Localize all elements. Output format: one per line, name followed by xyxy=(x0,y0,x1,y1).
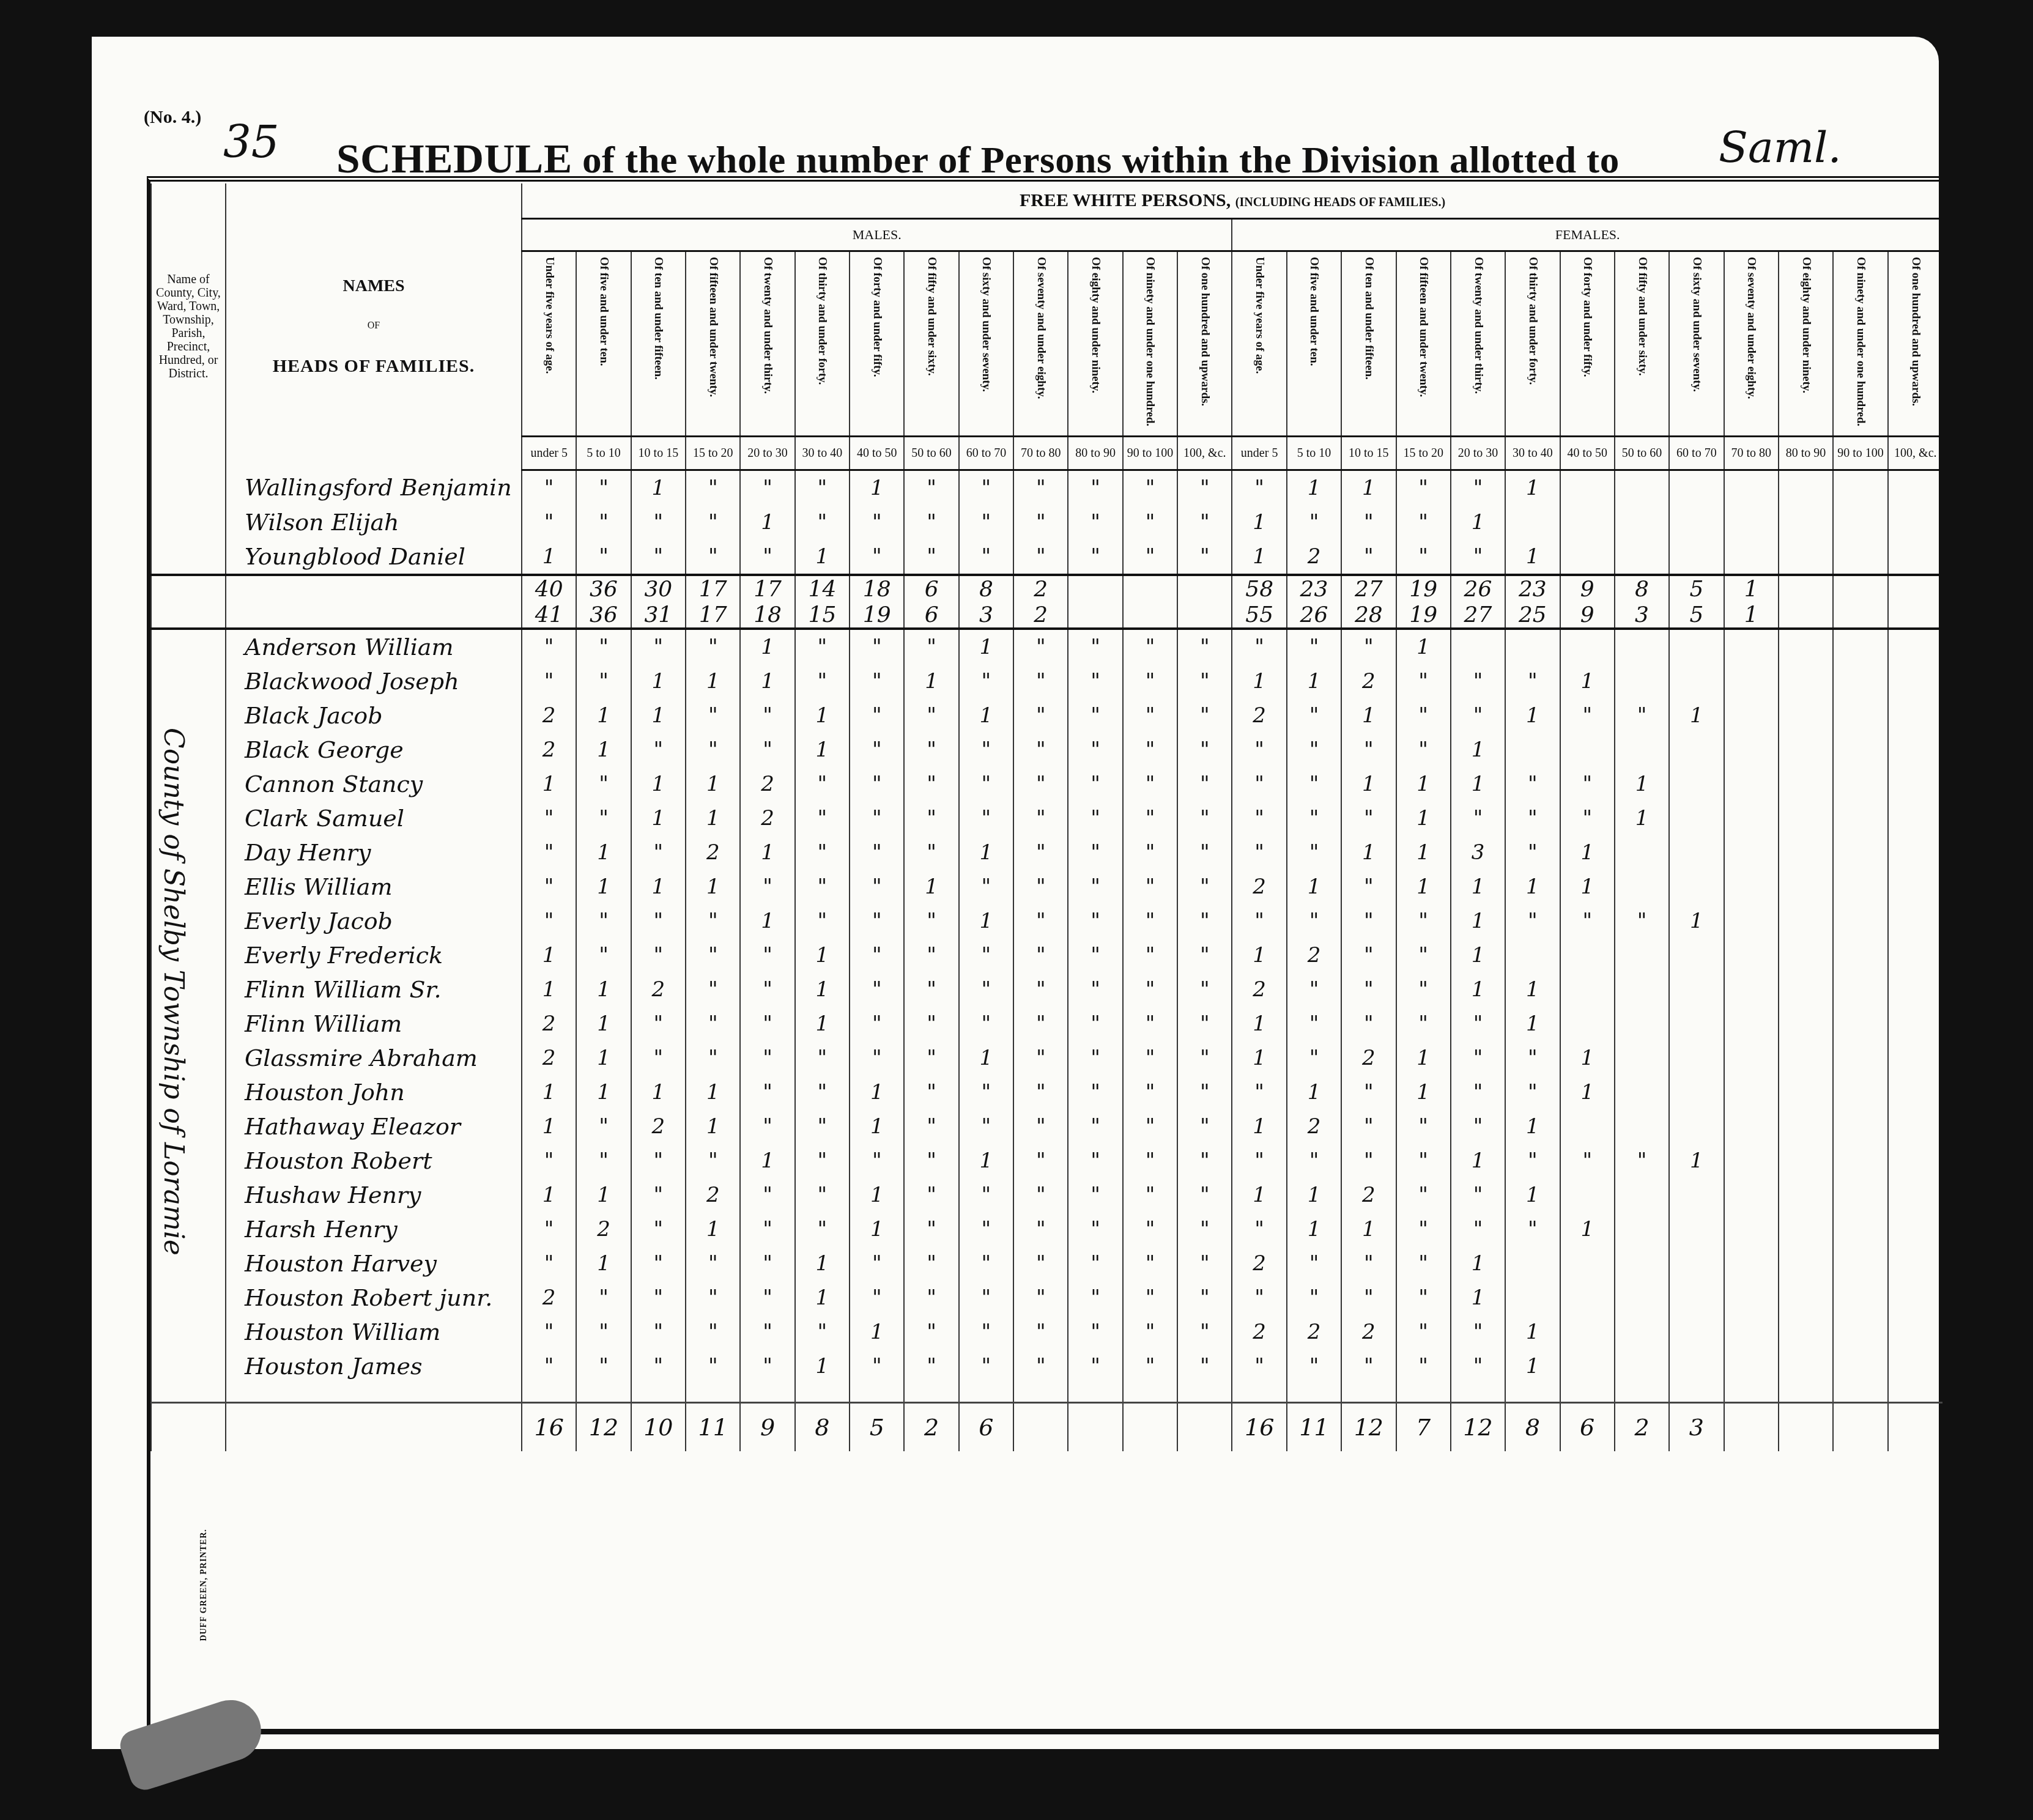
female-count-cell xyxy=(1779,1315,1833,1349)
age-description: Of eighty and under ninety. xyxy=(1089,257,1102,428)
female-count-cell xyxy=(1615,1212,1669,1246)
female-count-cell: " xyxy=(1396,733,1451,767)
female-count-cell xyxy=(1615,733,1669,767)
age-description: Of eighty and under ninety. xyxy=(1800,257,1812,428)
male-count-cell: " xyxy=(904,1144,958,1178)
female-count-cell xyxy=(1779,767,1833,801)
female-count-cell: 1 xyxy=(1505,972,1560,1007)
female-count-cell xyxy=(1833,1212,1887,1246)
female-count-cell xyxy=(1505,1281,1560,1315)
female-count-cell: " xyxy=(1341,505,1396,539)
male-count-cell: " xyxy=(1013,767,1068,801)
table-row: County of Shelby Township of LoramieAnde… xyxy=(151,629,1942,664)
female-count-cell xyxy=(1724,1315,1779,1349)
female-count-cell xyxy=(1560,938,1615,972)
female-count-cell xyxy=(1669,1178,1724,1212)
male-count-cell: " xyxy=(1123,733,1177,767)
male-count-cell: " xyxy=(740,539,794,575)
female-count-cell: 1 xyxy=(1232,1041,1286,1075)
male-count-cell: " xyxy=(959,539,1013,575)
age-description: Of forty and under fifty. xyxy=(871,257,883,428)
female-count-cell: 28 xyxy=(1341,602,1396,629)
male-count-cell: " xyxy=(1068,801,1122,835)
female-count-cell xyxy=(1779,629,1833,664)
female-count-cell: " xyxy=(1287,904,1341,938)
male-count-cell: " xyxy=(904,938,958,972)
age-range-cell: 30 to 40 xyxy=(1505,437,1560,470)
male-count-cell: " xyxy=(686,1041,740,1075)
male-count-cell: " xyxy=(1068,629,1122,664)
male-count-cell: " xyxy=(1177,698,1232,733)
female-count-cell: " xyxy=(1396,972,1451,1007)
age-range-cell: under 5 xyxy=(1232,437,1286,470)
female-count-cell: 9 xyxy=(1560,602,1615,629)
age-description-cell: Of eighty and under ninety. xyxy=(1068,251,1122,437)
female-count-cell: " xyxy=(1396,938,1451,972)
male-count-cell: " xyxy=(631,835,686,870)
male-count-cell: " xyxy=(576,1109,631,1144)
female-count-cell: 1 xyxy=(1669,698,1724,733)
male-count-cell: " xyxy=(576,904,631,938)
female-count-cell xyxy=(1615,1109,1669,1144)
female-count-cell xyxy=(1833,1109,1887,1144)
females-header: FEMALES. xyxy=(1232,219,1942,251)
female-count-cell xyxy=(1888,470,1942,506)
female-count-cell xyxy=(1779,1109,1833,1144)
male-count-cell: " xyxy=(686,1144,740,1178)
age-description-cell: Of forty and under fifty. xyxy=(1560,251,1615,437)
male-count-cell: " xyxy=(686,539,740,575)
age-description-cell: Of thirty and under forty. xyxy=(1505,251,1560,437)
female-count-cell: " xyxy=(1560,801,1615,835)
head-of-family-name: Anderson William xyxy=(226,629,522,664)
female-count-cell: 2 xyxy=(1341,1178,1396,1212)
female-count-cell xyxy=(1724,1281,1779,1315)
female-count-cell: 1 xyxy=(1287,1212,1341,1246)
female-count-cell xyxy=(1724,767,1779,801)
female-count-cell: " xyxy=(1287,629,1341,664)
female-count-cell xyxy=(1888,1315,1942,1349)
male-count-cell: " xyxy=(1123,505,1177,539)
male-count-cell: " xyxy=(1068,1281,1122,1315)
count-cell xyxy=(795,1383,850,1403)
age-description-cell: Of sixty and under seventy. xyxy=(959,251,1013,437)
female-count-cell: 19 xyxy=(1396,575,1451,602)
female-count-cell: " xyxy=(1560,1144,1615,1178)
male-count-cell: " xyxy=(740,1075,794,1109)
male-count-cell: 1 xyxy=(522,767,576,801)
male-count-cell: 1 xyxy=(740,629,794,664)
female-count-cell: " xyxy=(1287,1007,1341,1041)
female-total-cell: 3 xyxy=(1669,1403,1724,1452)
female-count-cell: 1 xyxy=(1451,733,1505,767)
male-count-cell: " xyxy=(1013,972,1068,1007)
table-row: Everly Frederick1""""1"""""""12""1 xyxy=(151,938,1942,972)
female-count-cell xyxy=(1560,1007,1615,1041)
female-count-cell: " xyxy=(1232,904,1286,938)
male-total-cell: 2 xyxy=(904,1403,958,1452)
male-count-cell: " xyxy=(1123,1041,1177,1075)
male-count-cell: " xyxy=(576,938,631,972)
male-count-cell xyxy=(1068,602,1122,629)
male-count-cell: 17 xyxy=(740,575,794,602)
age-description-cell: Of one hundred and upwards. xyxy=(1888,251,1942,437)
age-description: Of forty and under fifty. xyxy=(1581,257,1593,428)
male-count-cell: " xyxy=(850,938,904,972)
male-count-cell: " xyxy=(522,664,576,698)
male-count-cell: 1 xyxy=(795,1281,850,1315)
female-count-cell xyxy=(1779,1246,1833,1281)
male-count-cell: " xyxy=(1068,664,1122,698)
male-count-cell: " xyxy=(1068,1349,1122,1383)
female-count-cell: 27 xyxy=(1341,575,1396,602)
male-count-cell: " xyxy=(1068,733,1122,767)
count-cell xyxy=(1287,1383,1341,1403)
female-count-cell xyxy=(1779,470,1833,506)
male-count-cell: " xyxy=(1068,938,1122,972)
male-count-cell: " xyxy=(1013,1007,1068,1041)
male-count-cell: " xyxy=(1177,1144,1232,1178)
female-count-cell: " xyxy=(1505,801,1560,835)
male-count-cell: " xyxy=(686,1349,740,1383)
female-count-cell xyxy=(1779,733,1833,767)
female-count-cell: " xyxy=(1341,1144,1396,1178)
table-row: Glassmire Abraham21""""""1""""1"21""1 xyxy=(151,1041,1942,1075)
male-count-cell: " xyxy=(576,1144,631,1178)
male-count-cell: " xyxy=(686,1281,740,1315)
female-count-cell: " xyxy=(1341,733,1396,767)
male-count-cell: " xyxy=(576,539,631,575)
male-count-cell: " xyxy=(795,1075,850,1109)
female-count-cell: " xyxy=(1451,1178,1505,1212)
male-count-cell: " xyxy=(904,1281,958,1315)
age-description-cell: Under five years of age. xyxy=(522,251,576,437)
male-count-cell: 1 xyxy=(686,1075,740,1109)
male-count-cell: " xyxy=(795,664,850,698)
table-row: Houston William""""""1""""""222""1 xyxy=(151,1315,1942,1349)
female-count-cell: 1 xyxy=(1505,1349,1560,1383)
female-count-cell xyxy=(1833,1041,1887,1075)
male-count-cell: " xyxy=(1177,1075,1232,1109)
page-total-row: 16121011985261611127128623 xyxy=(151,1403,1942,1452)
age-range-cell: 80 to 90 xyxy=(1779,437,1833,470)
female-count-cell xyxy=(1833,1075,1887,1109)
age-range-cell: 70 to 80 xyxy=(1724,437,1779,470)
male-count-cell: " xyxy=(631,1281,686,1315)
male-count-cell: " xyxy=(522,904,576,938)
male-count-cell: 31 xyxy=(631,602,686,629)
names-header: NAMES OF HEADS OF FAMILIES. xyxy=(226,183,522,470)
age-range-cell: 60 to 70 xyxy=(959,437,1013,470)
male-count-cell: " xyxy=(631,733,686,767)
male-count-cell: " xyxy=(1068,1075,1122,1109)
male-count-cell: " xyxy=(1177,835,1232,870)
female-count-cell xyxy=(1724,1144,1779,1178)
female-count-cell: 1 xyxy=(1451,972,1505,1007)
male-count-cell: 36 xyxy=(576,575,631,602)
male-count-cell: " xyxy=(904,629,958,664)
female-count-cell xyxy=(1505,629,1560,664)
census-table: Name of County, City, Ward, Town, Townsh… xyxy=(150,183,1942,1451)
female-count-cell xyxy=(1779,1349,1833,1383)
male-count-cell: " xyxy=(959,1281,1013,1315)
male-count-cell: 15 xyxy=(795,602,850,629)
male-count-cell: 1 xyxy=(631,698,686,733)
female-count-cell: " xyxy=(1451,1315,1505,1349)
male-count-cell: " xyxy=(850,1007,904,1041)
male-count-cell: 1 xyxy=(686,870,740,904)
female-count-cell: 1 xyxy=(1560,1075,1615,1109)
male-count-cell: " xyxy=(795,1178,850,1212)
age-description: Of seventy and under eighty. xyxy=(1745,257,1757,428)
male-count-cell: " xyxy=(1177,1212,1232,1246)
male-count-cell: " xyxy=(1177,1041,1232,1075)
male-count-cell: " xyxy=(1068,698,1122,733)
count-cell xyxy=(1177,1383,1232,1403)
male-count-cell: " xyxy=(850,1041,904,1075)
age-description: Of twenty and under thirty. xyxy=(761,257,774,428)
male-count-cell: " xyxy=(795,1212,850,1246)
female-count-cell: " xyxy=(1505,1075,1560,1109)
age-description: Of ninety and under one hundred. xyxy=(1144,257,1156,428)
female-count-cell xyxy=(1560,505,1615,539)
female-count-cell: 2 xyxy=(1232,698,1286,733)
male-count-cell: " xyxy=(576,767,631,801)
male-count-cell: 30 xyxy=(631,575,686,602)
female-count-cell xyxy=(1779,801,1833,835)
male-count-cell: " xyxy=(1013,1109,1068,1144)
count-cell xyxy=(576,1383,631,1403)
male-count-cell: " xyxy=(904,1212,958,1246)
female-count-cell: " xyxy=(1451,470,1505,506)
male-count-cell: " xyxy=(631,1349,686,1383)
count-cell xyxy=(1013,1383,1068,1403)
female-count-cell xyxy=(1833,1315,1887,1349)
male-count-cell: " xyxy=(1068,1315,1122,1349)
female-count-cell: 1 xyxy=(1505,1315,1560,1349)
male-count-cell: " xyxy=(795,870,850,904)
male-count-cell: 1 xyxy=(740,1144,794,1178)
female-total-cell: 16 xyxy=(1232,1403,1286,1452)
male-count-cell: " xyxy=(904,733,958,767)
male-count-cell: " xyxy=(522,470,576,506)
male-count-cell: 1 xyxy=(850,1178,904,1212)
census-page: (No. 4.) 35 SCHEDULE of the whole number… xyxy=(92,37,1939,1749)
age-description-cell: Of five and under ten. xyxy=(1287,251,1341,437)
male-count-cell: " xyxy=(1068,1109,1122,1144)
age-range-cell: 70 to 80 xyxy=(1013,437,1068,470)
age-description-cell: Of one hundred and upwards. xyxy=(1177,251,1232,437)
female-count-cell xyxy=(1724,870,1779,904)
male-count-cell: " xyxy=(959,938,1013,972)
female-count-cell xyxy=(1779,1041,1833,1075)
male-count-cell: " xyxy=(850,801,904,835)
female-count-cell: " xyxy=(1232,1212,1286,1246)
male-count-cell xyxy=(1177,602,1232,629)
female-count-cell: 1 xyxy=(1451,938,1505,972)
male-count-cell: 1 xyxy=(576,1075,631,1109)
female-count-cell xyxy=(1833,602,1887,629)
male-count-cell: " xyxy=(904,835,958,870)
female-count-cell: " xyxy=(1287,1246,1341,1281)
female-count-cell xyxy=(1724,904,1779,938)
male-count-cell: " xyxy=(740,470,794,506)
male-count-cell: " xyxy=(1123,1212,1177,1246)
male-count-cell: " xyxy=(1068,835,1122,870)
male-count-cell: 2 xyxy=(740,767,794,801)
male-count-cell: " xyxy=(686,972,740,1007)
female-count-cell xyxy=(1779,698,1833,733)
female-count-cell: 2 xyxy=(1287,938,1341,972)
male-count-cell: " xyxy=(1013,1075,1068,1109)
female-count-cell xyxy=(1505,1246,1560,1281)
male-count-cell: 17 xyxy=(686,602,740,629)
female-count-cell: 3 xyxy=(1615,602,1669,629)
female-count-cell: " xyxy=(1287,1144,1341,1178)
male-count-cell: " xyxy=(1123,1281,1177,1315)
female-total-cell: 7 xyxy=(1396,1403,1451,1452)
male-count-cell: 2 xyxy=(522,698,576,733)
female-count-cell xyxy=(1779,835,1833,870)
male-count-cell: " xyxy=(1177,1178,1232,1212)
male-count-cell: " xyxy=(1177,539,1232,575)
female-count-cell xyxy=(1888,602,1942,629)
male-count-cell: " xyxy=(1013,1315,1068,1349)
female-count-cell: " xyxy=(1505,904,1560,938)
female-count-cell xyxy=(1888,1075,1942,1109)
female-count-cell: " xyxy=(1232,1075,1286,1109)
female-count-cell xyxy=(1669,938,1724,972)
female-count-cell xyxy=(1560,539,1615,575)
female-count-cell: 1 xyxy=(1669,1144,1724,1178)
male-count-cell: 1 xyxy=(686,801,740,835)
female-count-cell xyxy=(1724,1109,1779,1144)
male-total-cell xyxy=(1177,1403,1232,1452)
female-count-cell xyxy=(1724,1246,1779,1281)
female-count-cell: " xyxy=(1341,870,1396,904)
female-count-cell: 1 xyxy=(1396,801,1451,835)
male-count-cell: 1 xyxy=(795,972,850,1007)
female-total-cell xyxy=(1779,1403,1833,1452)
age-description: Of five and under ten. xyxy=(1308,257,1320,428)
female-count-cell: 1 xyxy=(1505,1007,1560,1041)
female-count-cell xyxy=(1779,1144,1833,1178)
male-count-cell: " xyxy=(576,505,631,539)
male-count-cell: " xyxy=(795,1315,850,1349)
table-row: Hushaw Henry11"2""1""""""112""1 xyxy=(151,1178,1942,1212)
male-total-cell: 10 xyxy=(631,1403,686,1452)
female-count-cell xyxy=(1669,1007,1724,1041)
allotted-to: Saml. xyxy=(1719,122,1842,172)
female-count-cell xyxy=(1833,1144,1887,1178)
table-row: Wilson Elijah""""1""""""""1"""1 xyxy=(151,505,1942,539)
male-count-cell: " xyxy=(522,1212,576,1246)
district-cell xyxy=(151,505,226,539)
female-count-cell: 2 xyxy=(1341,1315,1396,1349)
male-count-cell: 1 xyxy=(686,1109,740,1144)
male-count-cell: " xyxy=(850,539,904,575)
female-count-cell xyxy=(1615,835,1669,870)
age-description: Of fifty and under sixty. xyxy=(925,257,938,428)
female-count-cell: 1 xyxy=(1560,1041,1615,1075)
male-count-cell: 1 xyxy=(576,870,631,904)
female-count-cell: " xyxy=(1505,835,1560,870)
male-count-cell: " xyxy=(1068,870,1122,904)
female-count-cell xyxy=(1669,801,1724,835)
female-count-cell xyxy=(1724,470,1779,506)
head-of-family-name: Black George xyxy=(226,733,522,767)
female-count-cell: " xyxy=(1451,1075,1505,1109)
female-count-cell: " xyxy=(1341,1075,1396,1109)
male-count-cell: " xyxy=(1068,972,1122,1007)
page-number: 35 xyxy=(223,116,280,168)
male-count-cell: 1 xyxy=(740,835,794,870)
female-count-cell xyxy=(1560,1349,1615,1383)
female-count-cell: 1 xyxy=(1615,767,1669,801)
title-rest: of the whole number of Persons within th… xyxy=(582,139,1620,181)
male-count-cell: " xyxy=(795,1041,850,1075)
female-count-cell: 1 xyxy=(1396,835,1451,870)
female-count-cell: " xyxy=(1287,1281,1341,1315)
count-cell xyxy=(1396,1383,1451,1403)
age-range-cell: 100, &c. xyxy=(1888,437,1942,470)
male-count-cell: " xyxy=(850,733,904,767)
female-count-cell xyxy=(1833,539,1887,575)
female-count-cell xyxy=(1779,904,1833,938)
male-count-cell: 1 xyxy=(904,664,958,698)
male-count-cell: " xyxy=(522,835,576,870)
female-count-cell xyxy=(1833,629,1887,664)
head-of-family-name: Houston Robert xyxy=(226,1144,522,1178)
male-count-cell: " xyxy=(904,1075,958,1109)
male-count-cell: 1 xyxy=(795,733,850,767)
female-count-cell xyxy=(1833,470,1887,506)
female-count-cell: 2 xyxy=(1232,870,1286,904)
female-count-cell: 1 xyxy=(1287,470,1341,506)
male-count-cell: " xyxy=(795,835,850,870)
age-range-cell: 80 to 90 xyxy=(1068,437,1122,470)
head-of-family-name: Hushaw Henry xyxy=(226,1178,522,1212)
female-count-cell xyxy=(1724,938,1779,972)
female-count-cell: " xyxy=(1451,801,1505,835)
female-count-cell: " xyxy=(1396,1007,1451,1041)
female-count-cell xyxy=(1724,801,1779,835)
female-count-cell xyxy=(1724,539,1779,575)
female-count-cell: " xyxy=(1505,1041,1560,1075)
male-count-cell: " xyxy=(631,1041,686,1075)
female-count-cell xyxy=(1833,664,1887,698)
head-of-family-name: Black Jacob xyxy=(226,698,522,733)
male-count-cell: 1 xyxy=(631,801,686,835)
male-count-cell: 1 xyxy=(740,904,794,938)
female-count-cell xyxy=(1724,733,1779,767)
male-count-cell: " xyxy=(631,629,686,664)
male-count-cell: " xyxy=(1177,1246,1232,1281)
male-count-cell: " xyxy=(740,1315,794,1349)
male-count-cell: " xyxy=(522,505,576,539)
count-cell xyxy=(522,1383,576,1403)
carried-total-row: 403630171714186825823271926239851 xyxy=(151,575,1942,602)
female-count-cell xyxy=(1833,505,1887,539)
age-description-cell: Of fifteen and under twenty. xyxy=(686,251,740,437)
female-count-cell: " xyxy=(1341,972,1396,1007)
table-row: Black Jacob211""1""1""""2"1""1""1 xyxy=(151,698,1942,733)
female-count-cell xyxy=(1615,1007,1669,1041)
female-count-cell: " xyxy=(1396,1144,1451,1178)
table-row: Houston Robert junr.2""""1"""""""""""1 xyxy=(151,1281,1942,1315)
male-count-cell: " xyxy=(740,1178,794,1212)
district-cell xyxy=(151,1383,226,1403)
